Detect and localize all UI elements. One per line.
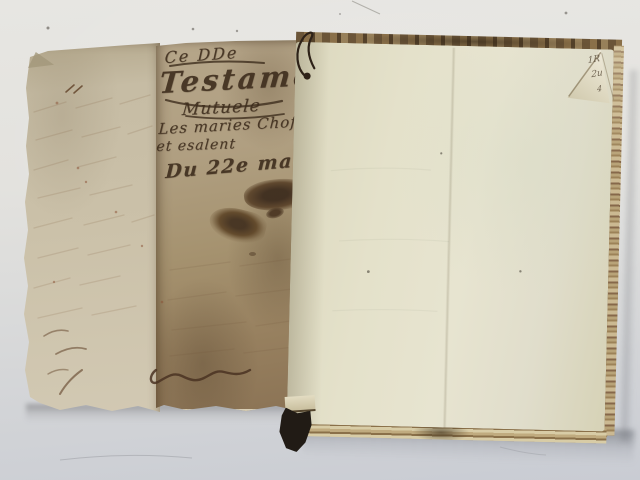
bleedthrough-signature [151, 370, 250, 383]
title-line-names-2: et esalent [156, 136, 237, 155]
book-detail-marks [284, 30, 630, 462]
ink-stain-dot [249, 252, 256, 256]
bound-register: 1R 2u 4 [284, 30, 630, 462]
binding-thread [291, 20, 320, 81]
loose-document: Ce DDe Testament Mutuele Les maries Chof… [20, 40, 312, 420]
dust-speck [47, 27, 50, 30]
dust-speck [192, 28, 195, 31]
dust-speck [236, 30, 238, 32]
corner-note-3: 4 [597, 84, 602, 94]
archive-photo: Ce DDe Testament Mutuele Les maries Chof… [0, 0, 640, 480]
corner-note-2: 2u [591, 68, 602, 80]
dust-speck [339, 13, 341, 15]
dust-speck [565, 12, 568, 15]
